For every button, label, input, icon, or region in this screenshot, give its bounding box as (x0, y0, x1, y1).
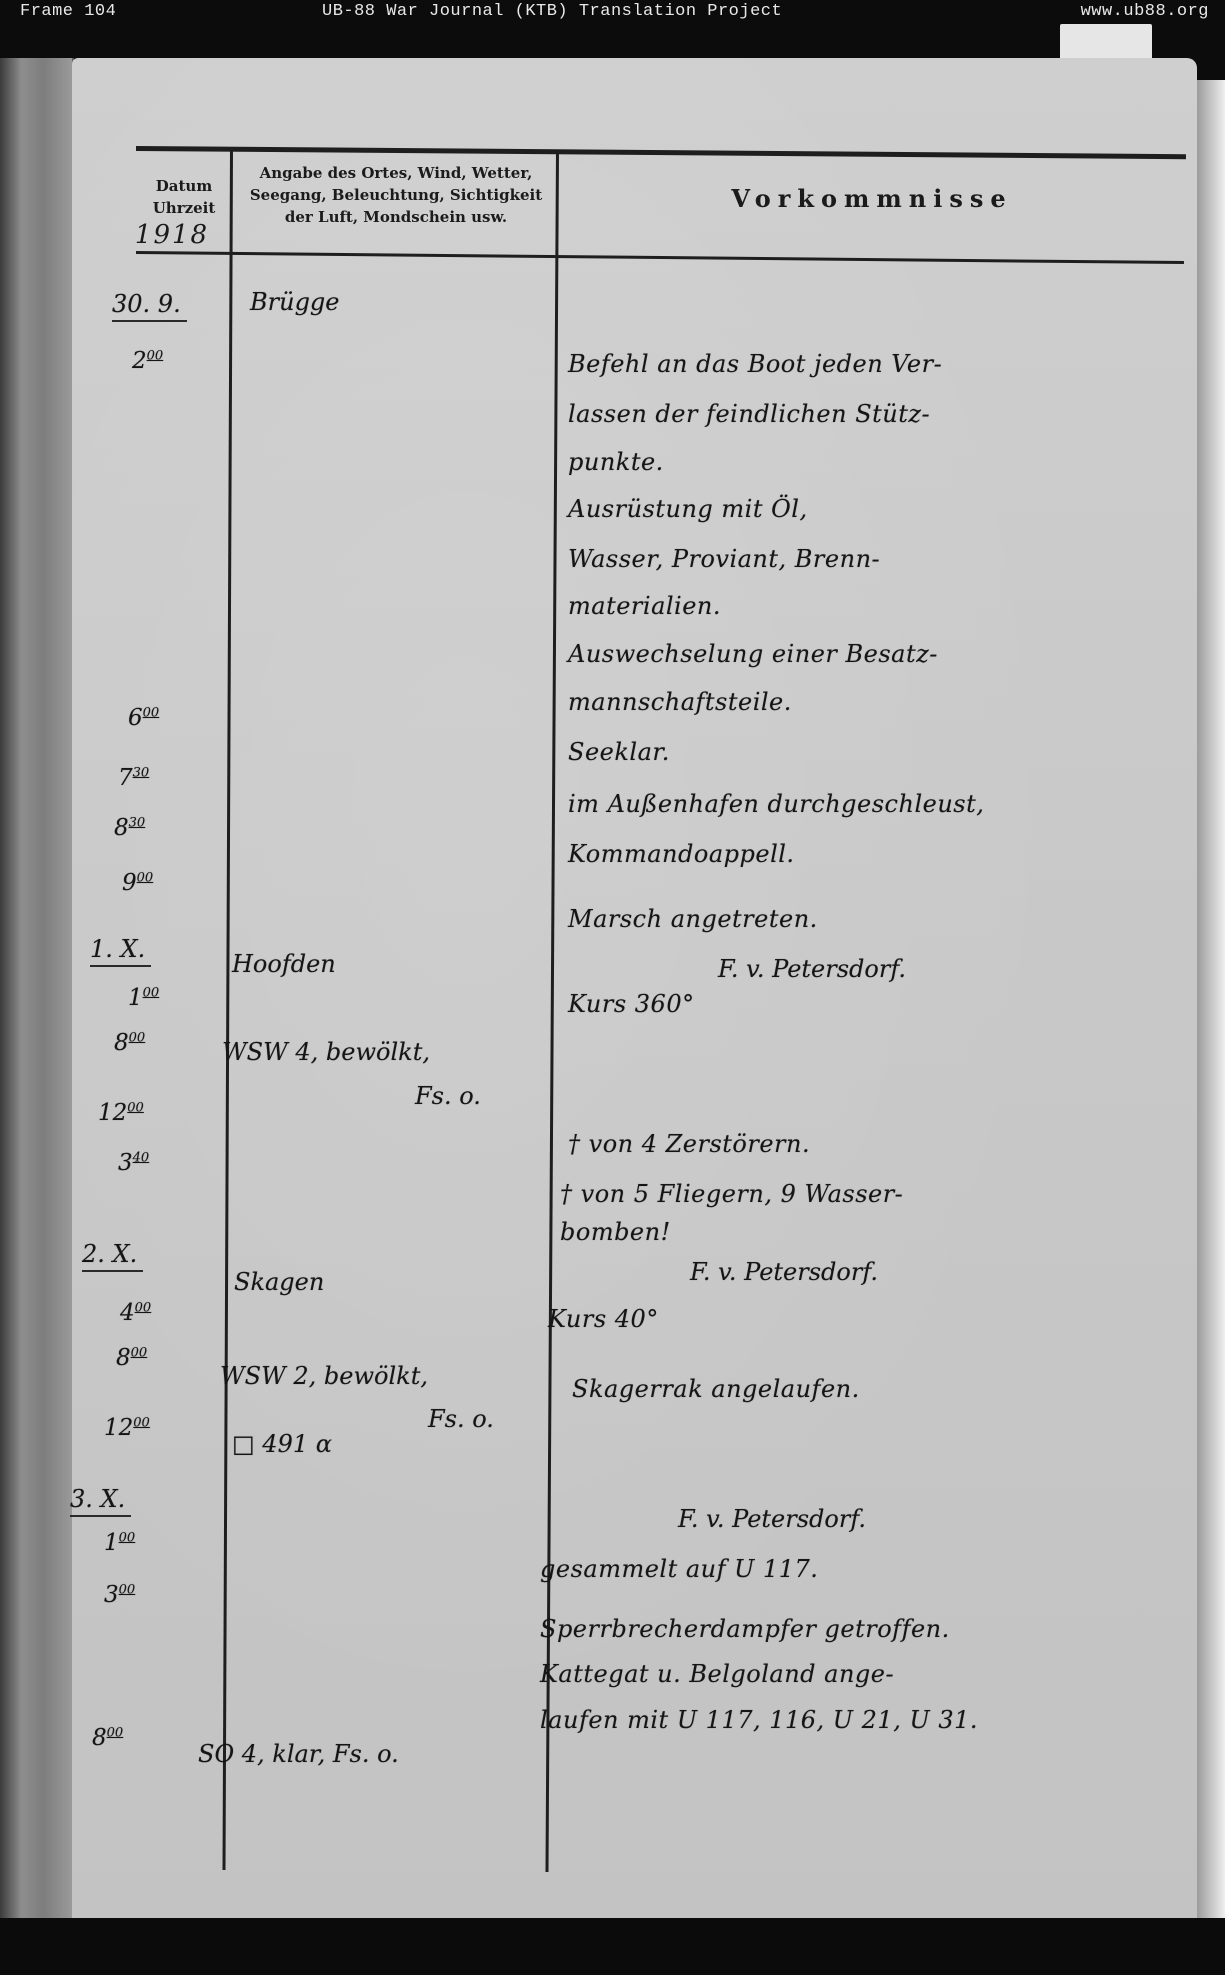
entry-location-weather: Fs. o. (428, 1405, 494, 1433)
time-hour: 8 (114, 815, 129, 841)
entry-event-line: † von 5 Fliegern, 9 Wasser- (560, 1180, 903, 1208)
time-minutes: 00 (147, 348, 164, 363)
entry-event-line: lassen der feindlichen Stütz- (568, 400, 930, 428)
time-hour: 6 (128, 705, 143, 731)
header-year: 1918 (132, 220, 212, 250)
entry-time: 340 (118, 1150, 149, 1176)
time-hour: 8 (114, 1030, 129, 1056)
entry-time: 1200 (98, 1100, 144, 1126)
time-hour: 9 (122, 870, 137, 896)
project-url: www.ub88.org (1081, 2, 1209, 21)
entry-location-weather: Fs. o. (415, 1082, 481, 1110)
entry-event-line: im Außenhafen durchgeschleust, (568, 790, 984, 818)
column-header-ort: Angabe des Ortes, Wind, Wetter, Seegang,… (238, 162, 554, 228)
entry-event-line: Kommandoappell. (568, 840, 795, 868)
commander-signature: F. v. Petersdorf. (690, 1258, 878, 1286)
time-minutes: 40 (133, 1150, 150, 1165)
time-hour: 4 (120, 1300, 135, 1326)
entry-location-weather: Brügge (250, 288, 340, 316)
entry-event-line: Befehl an das Boot jeden Ver- (568, 350, 942, 378)
entry-event-line: Kattegat u. Belgoland ange- (540, 1660, 894, 1688)
frame-number: Frame 104 (20, 2, 116, 21)
time-minutes: 30 (133, 765, 150, 780)
book-binding (0, 58, 74, 1918)
entry-date: 1. X. (90, 935, 151, 967)
column-header-datum: Datum Uhrzeit (138, 175, 230, 219)
header-uhrzeit-label: Uhrzeit (138, 197, 230, 219)
entry-location-weather: WSW 4, bewölkt, (222, 1038, 430, 1066)
time-hour: 8 (92, 1725, 107, 1751)
commander-signature: F. v. Petersdorf. (678, 1505, 866, 1533)
entry-time: 800 (116, 1345, 147, 1371)
entry-time: 900 (122, 870, 153, 896)
entry-time: 800 (114, 1030, 145, 1056)
entry-date: 30. 9. (112, 290, 187, 322)
commander-signature: F. v. Petersdorf. (718, 955, 906, 983)
entry-time: 730 (118, 765, 149, 791)
header-datum-label: Datum (138, 175, 230, 197)
time-minutes: 00 (133, 1415, 150, 1430)
entry-event-line: Auswechselung einer Besatz- (568, 640, 938, 668)
time-hour: 12 (98, 1100, 127, 1126)
time-hour: 1 (128, 985, 143, 1011)
entry-time: 400 (120, 1300, 151, 1326)
time-minutes: 00 (143, 705, 160, 720)
entry-date: 3. X. (70, 1485, 131, 1517)
header-ort-line: Angabe des Ortes, Wind, Wetter, (238, 162, 554, 184)
time-minutes: 30 (129, 815, 146, 830)
time-minutes: 00 (127, 1100, 144, 1115)
time-hour: 3 (118, 1150, 133, 1176)
time-minutes: 00 (135, 1300, 152, 1315)
time-minutes: 00 (129, 1030, 146, 1045)
entry-time: 300 (104, 1582, 135, 1608)
entry-location-weather: WSW 2, bewölkt, (220, 1362, 428, 1390)
time-hour: 2 (132, 348, 147, 374)
entry-event-line: † von 4 Zerstörern. (568, 1130, 810, 1158)
entry-event-line: Marsch angetreten. (568, 905, 818, 933)
entry-time: 100 (128, 985, 159, 1011)
page-edge (1197, 80, 1225, 1920)
time-hour: 7 (118, 765, 133, 791)
entry-event-line: bomben! (560, 1218, 671, 1246)
entry-time: 200 (132, 348, 163, 374)
time-minutes: 00 (131, 1345, 148, 1360)
time-hour: 12 (104, 1415, 133, 1441)
entry-event-line: punkte. (568, 448, 664, 476)
entry-event-line: Seeklar. (568, 738, 670, 766)
entry-time: 800 (92, 1725, 123, 1751)
time-hour: 3 (104, 1582, 119, 1608)
entry-location-weather: SO 4, klar, Fs. o. (198, 1740, 399, 1768)
time-minutes: 00 (137, 870, 154, 885)
entry-location-weather: □ 491 α (232, 1430, 332, 1458)
entry-time: 600 (128, 705, 159, 731)
entry-date: 2. X. (82, 1240, 143, 1272)
entry-time: 830 (114, 815, 145, 841)
entry-event-line: Ausrüstung mit Öl, (568, 495, 808, 523)
entry-event-line: Sperrbrecherdampfer getroffen. (540, 1615, 950, 1643)
column-header-vorkommnisse: Vorkommnisse (562, 184, 1182, 213)
time-minutes: 00 (119, 1530, 136, 1545)
bottom-margin (0, 1918, 1225, 1975)
header-ort-line: der Luft, Mondschein usw. (238, 206, 554, 228)
entry-event-line: Skagerrak angelaufen. (572, 1375, 860, 1403)
entry-event-line: Kurs 360° (568, 990, 695, 1018)
entry-location-weather: Hoofden (232, 950, 336, 978)
time-minutes: 00 (107, 1725, 124, 1740)
time-minutes: 00 (119, 1582, 136, 1597)
entry-time: 1200 (104, 1415, 150, 1441)
header-ort-line: Seegang, Beleuchtung, Sichtigkeit (238, 184, 554, 206)
entry-event-line: Kurs 40° (548, 1305, 659, 1333)
frame-banner: Frame 104 UB-88 War Journal (KTB) Transl… (0, 0, 1225, 28)
entry-event-line: laufen mit U 117, 116, U 21, U 31. (540, 1706, 978, 1734)
time-minutes: 00 (143, 985, 160, 1000)
entry-location-weather: Skagen (234, 1268, 324, 1296)
time-hour: 1 (104, 1530, 119, 1556)
entry-event-line: gesammelt auf U 117. (540, 1555, 818, 1583)
entry-event-line: materialien. (568, 592, 721, 620)
entry-time: 100 (104, 1530, 135, 1556)
entry-event-line: mannschaftsteile. (568, 688, 792, 716)
project-title: UB-88 War Journal (KTB) Translation Proj… (322, 2, 782, 21)
time-hour: 8 (116, 1345, 131, 1371)
entry-event-line: Wasser, Proviant, Brenn- (568, 545, 880, 573)
